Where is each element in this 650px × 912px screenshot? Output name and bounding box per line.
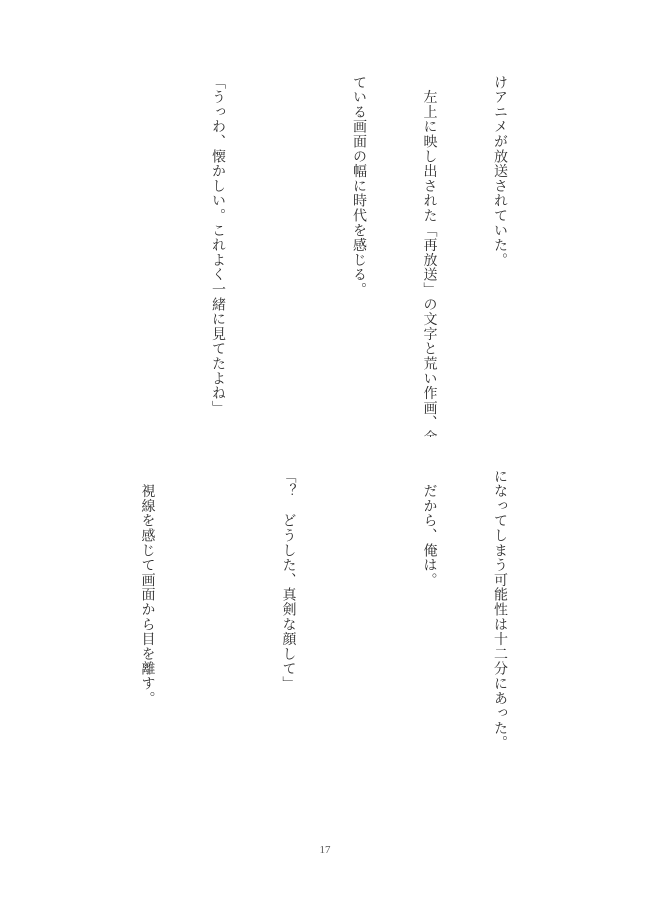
text-line: になってしまう可能性は十二分にあった。: [488, 469, 512, 831]
text-line: 左上に映し出された「再放送」の文字と荒い作画、余っ: [417, 75, 441, 437]
dialogue-line: 「うっわ、懐かしい。これよく一緒に見てたよね」: [206, 75, 230, 437]
document-page: けアニメが放送されていた。 左上に映し出された「再放送」の文字と荒い作画、余っ …: [0, 0, 650, 912]
upper-text-block: けアニメが放送されていた。 左上に映し出された「再放送」の文字と荒い作画、余っ …: [88, 75, 558, 437]
text-line: ている画面の幅に時代を感じる。: [347, 75, 371, 437]
dialogue-line: 「？ どうした、真剣な顔して」: [276, 469, 300, 831]
blank-line: [206, 469, 230, 831]
blank-line: [347, 469, 371, 831]
text-line: だから、俺は。: [417, 469, 441, 831]
lower-text-block: になってしまう可能性は十二分にあった。 だから、俺は。 「？ どうした、真剣な顔…: [88, 469, 558, 831]
blank-line: [135, 75, 159, 437]
blank-line: [276, 75, 300, 437]
page-number: 17: [0, 844, 650, 856]
text-line: 視線を感じて画面から目を離す。: [135, 469, 159, 831]
text-line: けアニメが放送されていた。: [488, 75, 512, 437]
